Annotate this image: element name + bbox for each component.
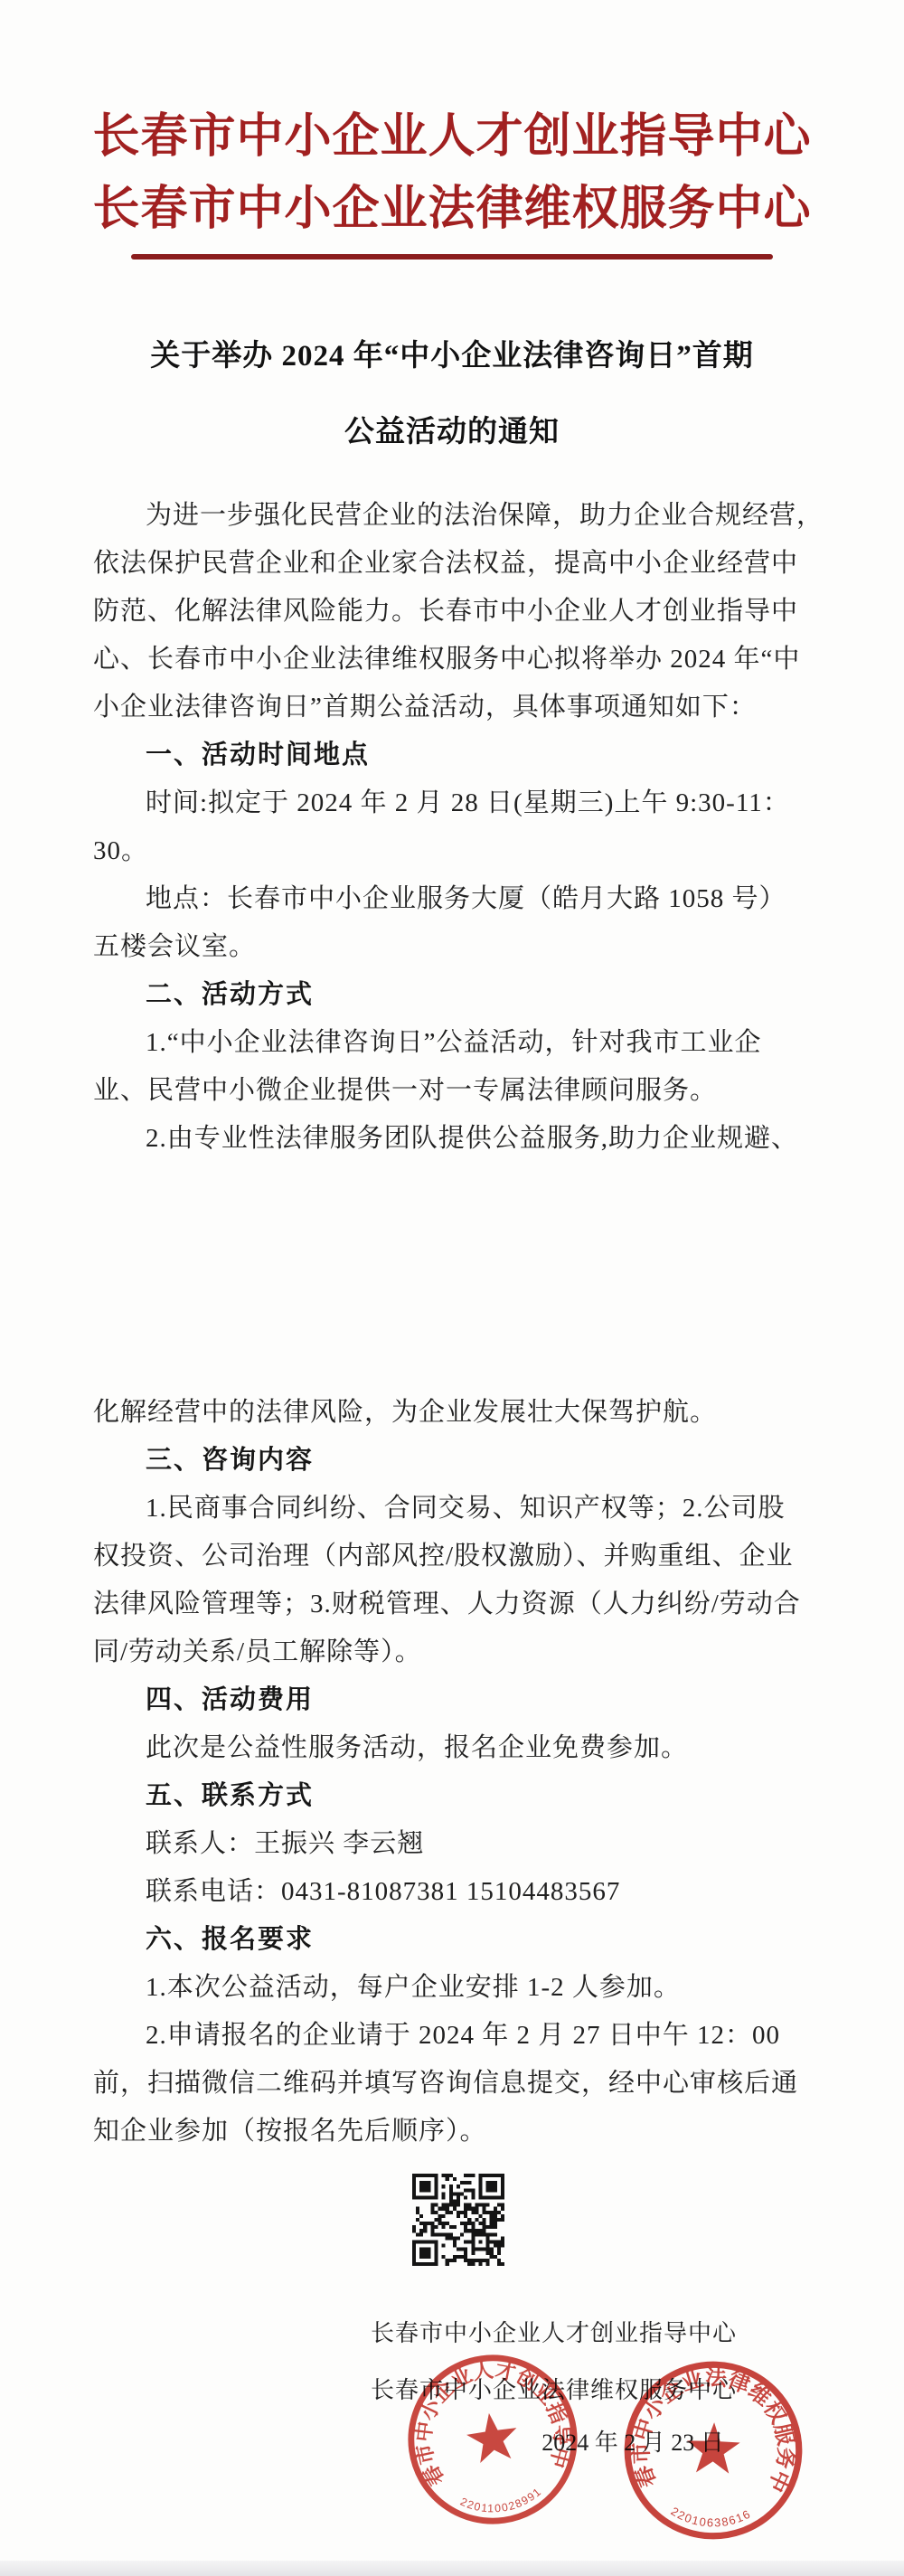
body-text-line: 四、活动费用 [93, 1676, 811, 1724]
document-title: 关于举办 2024 年“中小企业法律咨询日”首期 公益活动的通知 [0, 318, 904, 470]
letterhead-line-1: 长春市中小企业人才创业指导中心 [0, 101, 904, 174]
body-text-line: 为进一步强化民营企业的法治保障，助力企业合规经营， [93, 492, 811, 540]
body-text-line: 法律风险管理等；3.财税管理、人力资源（人力纠纷/劳动合 [93, 1581, 811, 1628]
body-text-line: 六、报名要求 [93, 1916, 811, 1964]
body-text-line: 1.“中小企业法律咨询日”公益活动，针对我市工业企 [93, 1019, 811, 1067]
body-text-line: 前，扫描微信二维码并填写咨询信息提交，经中心审核后通 [93, 2060, 811, 2108]
official-seal-legal-center: 长春市中小企业法律维权服务中心 22010638616 [607, 2354, 818, 2547]
body-text-line: 1.民商事合同纠纷、合同交易、知识产权等；2.公司股 [93, 1485, 811, 1533]
letterhead: 长春市中小企业人才创业指导中心 长春市中小企业法律维权服务中心 [0, 101, 904, 259]
body-text-line: 地点：长春市中小企业服务大厦（皓月大路 1058 号） [93, 875, 811, 923]
body-text-line: 2.由专业性法律服务团队提供公益服务,助力企业规避、 [93, 1115, 811, 1163]
body-text-line: 30。 [93, 827, 811, 875]
body-text-line [93, 1163, 811, 1389]
title-line-1: 关于举办 2024 年“中小企业法律咨询日”首期 [0, 318, 904, 394]
body-text-line: 同/劳动关系/员工解除等）。 [93, 1628, 811, 1676]
document-body: 为进一步强化民营企业的法治保障，助力企业合规经营，依法保护民营企业和企业家合法权… [93, 492, 811, 2156]
body-text-line: 联系人：王振兴 李云翘 [93, 1820, 811, 1868]
body-text-line: 时间:拟定于 2024 年 2 月 28 日(星期三)上午 9:30-11： [93, 779, 811, 827]
body-text-line: 1.本次公益活动，每户企业安排 1-2 人参加。 [93, 1964, 811, 2012]
body-text-line: 防范、化解法律风险能力。长春市中小企业人才创业指导中 [93, 588, 811, 636]
body-text-line: 业、民营中小微企业提供一对一专属法律顾问服务。 [93, 1067, 811, 1115]
body-text-line: 权投资、公司治理（内部风控/股权激励）、并购重组、企业 [93, 1533, 811, 1581]
scan-edge-shadow [0, 2561, 904, 2576]
letterhead-line-2: 长春市中小企业法律维权服务中心 [0, 174, 904, 246]
wechat-registration-qr-code [412, 2174, 504, 2266]
svg-text:长春市中小企业法律维权服务中心: 长春市中小企业法律维权服务中心 [608, 2354, 803, 2496]
body-text-line: 2.申请报名的企业请于 2024 年 2 月 27 日中午 12：00 [93, 2012, 811, 2060]
body-text-line: 此次是公益性服务活动，报名企业免费参加。 [93, 1724, 811, 1772]
body-text-line: 五、联系方式 [93, 1772, 811, 1820]
body-text-line: 联系电话：0431-81087381 15104483567 [93, 1868, 811, 1916]
body-text-line: 小企业法律咨询日”首期公益活动，具体事项通知如下： [93, 684, 811, 731]
body-text-line: 依法保护民营企业和企业家合法权益，提高中小企业经营中 [93, 540, 811, 588]
body-text-line: 化解经营中的法律风险，为企业发展壮大保驾护航。 [93, 1389, 811, 1437]
letterhead-divider-rule [131, 254, 773, 259]
body-text-line: 心、长春市中小企业法律维权服务中心拟将举办 2024 年“中 [93, 636, 811, 684]
body-text-line: 一、活动时间地点 [93, 731, 811, 779]
official-seal-talent-center: 长春市中小企业人才创业指导中心 220110028991 [389, 2339, 596, 2540]
body-text-line: 二、活动方式 [93, 971, 811, 1019]
document-page: 长春市中小企业人才创业指导中心 长春市中小企业法律维权服务中心 关于举办 202… [0, 0, 904, 2576]
body-text-line: 三、咨询内容 [93, 1437, 811, 1485]
title-line-2: 公益活动的通知 [0, 394, 904, 470]
body-text-line: 五楼会议室。 [93, 923, 811, 971]
body-text-line: 知企业参加（按报名先后顺序）。 [93, 2108, 811, 2156]
